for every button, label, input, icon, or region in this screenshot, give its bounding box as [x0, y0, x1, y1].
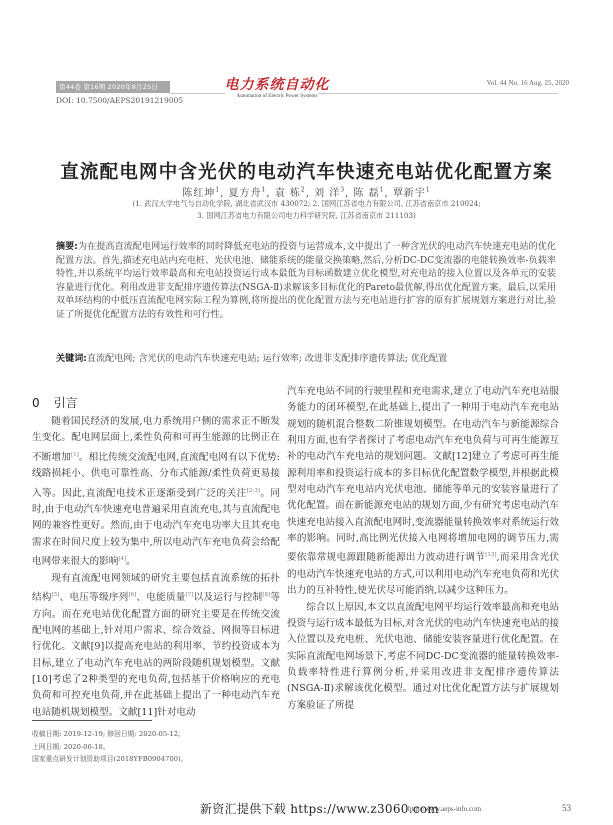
citation[interactable]: [13] [485, 552, 496, 558]
citation[interactable]: [1] [71, 452, 79, 458]
citation[interactable]: [4] [118, 556, 126, 562]
body-column-right: 汽车充电站不同的行驶里程和充电需求,建立了电动汽车充电站服务能力的闭环模型,在此… [287, 384, 559, 714]
affiliation-marker: 2 [301, 187, 306, 194]
doi: DOI: 10.7500/AEPS20191219005 [56, 96, 183, 105]
section-heading: 0引言 [32, 394, 78, 411]
footnote-funding: 国家重点研发计划资助项目(2018YFB0904700)。 [32, 753, 187, 766]
issue-info-bar: 第44卷 第16期 2020年8月25日 [56, 81, 170, 93]
journal-name-cn: 电力系统自动化 [222, 74, 332, 94]
author-name: 刘 洋 [314, 188, 340, 199]
author-name: 覃新宇 [393, 188, 426, 199]
keywords-text: 直流配电网; 含光伏的电动汽车快速充电站; 运行效率; 改进非支配排序遗传算法;… [87, 354, 447, 364]
page-number: 53 [562, 803, 571, 813]
section-title: 引言 [54, 396, 78, 410]
author-name: 袁 栋 [275, 188, 301, 199]
abstract: 摘要:为在提高直流配电网运行效率的同时降低充电站的投资与运营成本,文中提出了一种… [56, 241, 556, 323]
affiliation-marker: 1 [262, 187, 267, 194]
footnotes: 收稿日期: 2019-12-19; 修回日期: 2020-05-12。 上网日期… [32, 728, 187, 766]
header-rule-right [318, 93, 558, 94]
abstract-text: 为在提高直流配电网运行效率的同时降低充电站的投资与运营成本,文中提出了一种含光伏… [56, 242, 556, 320]
affiliation-marker: 1 [426, 187, 431, 194]
author-name: 陈红坤 [182, 188, 215, 199]
article-title: 直流配电网中含光伏的电动汽车快速充电站优化配置方案 [0, 158, 613, 184]
abstract-label: 摘要: [56, 242, 78, 252]
keywords-label: 关键词: [56, 354, 87, 364]
journal-name-en: Automation of Electric Power Systems [222, 93, 332, 99]
author-name: 陈 磊 [353, 188, 379, 199]
citation[interactable]: [2-3] [247, 488, 260, 494]
affiliation-line-2: 3. 国网江苏省电力有限公司电力科学研究院, 江苏省南京市 211103) [0, 211, 613, 221]
header-rule-left [170, 93, 225, 94]
journal-logo: 电力系统自动化 Automation of Electric Power Sys… [222, 74, 332, 99]
paragraph: 随着国民经济的发展,电力系统用户侧的需求正不断发生变化。配电网层面上,柔性负荷和… [32, 414, 280, 571]
paragraph: 综合以上原因,本文以直流配电网平均运行效率最高和充电站投资与运行成本最低为目标,… [287, 600, 559, 714]
download-watermark: 新资汇提供下载 https://www.z3060.com [200, 800, 439, 817]
affiliation-marker: 1 [215, 187, 220, 194]
author-list: 陈红坤1, 夏方舟1, 袁 栋2, 刘 洋3, 陈 磊1, 覃新宇1 [0, 184, 613, 199]
section-number: 0 [32, 396, 40, 410]
affiliation-marker: 3 [340, 187, 345, 194]
volume-info: Vol. 44 No. 16 Aug. 25, 2020 [487, 79, 569, 87]
paragraph: 现有直流配电网领域的研究主要包括直流系统的拓扑结构[5]、电压等级序列[6]、电… [32, 571, 280, 721]
affiliation-marker: 1 [380, 187, 385, 194]
footnote-received: 收稿日期: 2019-12-19; 修回日期: 2020-05-12。 [32, 728, 187, 741]
affiliation-line-1: (1. 武汉大学电气与自动化学院, 湖北省武汉市 430072; 2. 国网江苏… [0, 199, 613, 209]
body-column-left: 随着国民经济的发展,电力系统用户侧的需求正不断发生变化。配电网层面上,柔性负荷和… [32, 414, 280, 721]
keywords: 关键词:直流配电网; 含光伏的电动汽车快速充电站; 运行效率; 改进非支配排序遗… [56, 353, 556, 367]
footnote-online: 上网日期: 2020-06-18。 [32, 741, 187, 754]
paragraph: 汽车充电站不同的行驶里程和充电需求,建立了电动汽车充电站服务能力的闭环模型,在此… [287, 384, 559, 600]
author-name: 夏方舟 [229, 188, 262, 199]
footnote-rule [32, 720, 152, 721]
